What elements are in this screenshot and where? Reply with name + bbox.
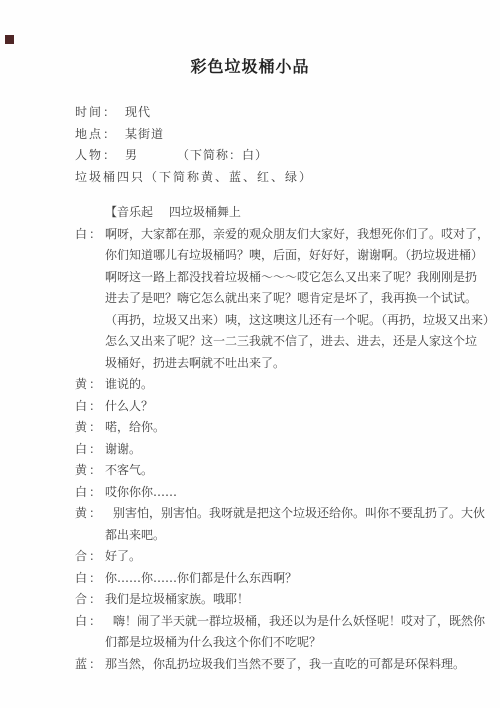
speaker-label: 白： [75, 568, 105, 590]
dialogue-row: 白： 哎你你你…… [75, 482, 460, 504]
speaker-label: 黄： [75, 374, 105, 396]
stage-direction: 【音乐起 四垃圾桶舞上 [105, 202, 460, 224]
speech-text: 谢谢。 [105, 439, 460, 461]
meta-block: 时间：现代 地点：某街道 人物：男（下简称：白） 垃圾桶四只（下简称黄、蓝、红、… [75, 102, 460, 188]
dialogue-line: 嗨！闹了半天就一群垃圾桶，我还以为是什么妖怪呢！哎对了，既然你 [105, 611, 460, 633]
meta-row: 人物：男（下简称：白） [75, 145, 460, 167]
dialogue-row: 合： 我们是垃圾桶家族。哦耶！ [75, 589, 460, 611]
speaker-label: 蓝： [75, 654, 105, 676]
meta-extra: （下简称：白） [177, 148, 268, 162]
dialogue-line: 进去了是吧？嗨它怎么就出来了呢？嗯肯定是坏了，我再换一个试试。 [105, 288, 460, 310]
dialogue-row: 黄： 谁说的。 [75, 374, 460, 396]
speaker-label: 白： [75, 396, 105, 418]
dialogue-line: 怎么又出来了呢？这一二三我就不信了，进去、进去，还是人家这个垃 [105, 331, 460, 353]
speaker-label: 合： [75, 589, 105, 611]
meta-value: 男 [125, 145, 177, 167]
meta-label: 时间： [75, 105, 117, 119]
dialogue-block: 白： 啊呀，大家都在那，亲爱的观众朋友们大家好，我想死你们了。哎对了，你们知道哪… [75, 224, 460, 676]
dialogue-line: 别害怕，别害怕。我呀就是把这个垃圾还给你。叫你不要乱扔了。大伙 [105, 503, 460, 525]
dialogue-row: 蓝： 那当然，你乱扔垃圾我们当然不要了，我一直吃的可都是环保料理。 [75, 654, 460, 676]
dialogue-line: 好了。 [105, 546, 460, 568]
meta-value: 某街道 [125, 124, 177, 146]
dialogue-row: 白： 什么人？ [75, 396, 460, 418]
dialogue-line: 你……你……你们都是什么东西啊？ [105, 568, 460, 590]
dialogue-line: 圾桶好，扔进去啊就不吐出来了。 [105, 353, 460, 375]
dialogue-row: 白： 谢谢。 [75, 439, 460, 461]
meta-row: 垃圾桶四只（下简称黄、蓝、红、绿） [75, 167, 460, 189]
dialogue-line: 啊呀，大家都在那，亲爱的观众朋友们大家好，我想死你们了。哎对了， [105, 224, 460, 246]
speech-text: 我们是垃圾桶家族。哦耶！ [105, 589, 460, 611]
dialogue-row: 合： 好了。 [75, 546, 460, 568]
speaker-label: 白： [75, 611, 105, 633]
speech-text: 喏，给你。 [105, 417, 460, 439]
speech-text: 你……你……你们都是什么东西啊？ [105, 568, 460, 590]
speaker-label: 黄： [75, 417, 105, 439]
speaker-label: 合： [75, 546, 105, 568]
dialogue-line: 谢谢。 [105, 439, 460, 461]
dialogue-row: 黄： 别害怕，别害怕。我呀就是把这个垃圾还给你。叫你不要乱扔了。大伙都出来吧。 [75, 503, 460, 546]
meta-row: 地点：某街道 [75, 124, 460, 146]
dialogue-row: 白： 你……你……你们都是什么东西啊？ [75, 568, 460, 590]
meta-value: 现代 [125, 102, 177, 124]
script-document-page: 彩色垃圾桶小品 时间：现代 地点：某街道 人物：男（下简称：白） 垃圾桶四只（下… [0, 0, 500, 708]
speaker-label: 白： [75, 439, 105, 461]
dialogue-line: 我们是垃圾桶家族。哦耶！ [105, 589, 460, 611]
dialogue-line: 哎你你你…… [105, 482, 460, 504]
meta-label: 人物： [75, 148, 117, 162]
speech-text: 啊呀，大家都在那，亲爱的观众朋友们大家好，我想死你们了。哎对了，你们知道哪儿有垃… [105, 224, 460, 375]
speech-text: 别害怕，别害怕。我呀就是把这个垃圾还给你。叫你不要乱扔了。大伙都出来吧。 [105, 503, 460, 546]
speech-text: 不客气。 [105, 460, 460, 482]
dialogue-line: 谁说的。 [105, 374, 460, 396]
meta-label: 垃圾桶四只（下简称黄、蓝、红、绿） [75, 170, 313, 184]
speech-text: 好了。 [105, 546, 460, 568]
meta-row: 时间：现代 [75, 102, 460, 124]
document-content: 时间：现代 地点：某街道 人物：男（下简称：白） 垃圾桶四只（下简称黄、蓝、红、… [75, 102, 460, 675]
document-title: 彩色垃圾桶小品 [0, 56, 500, 78]
dialogue-row: 黄： 不客气。 [75, 460, 460, 482]
speech-text: 哎你你你…… [105, 482, 460, 504]
dialogue-row: 白： 嗨！闹了半天就一群垃圾桶，我还以为是什么妖怪呢！哎对了，既然你们都是垃圾桶… [75, 611, 460, 654]
speaker-label: 白： [75, 482, 105, 504]
dialogue-line: 不客气。 [105, 460, 460, 482]
speaker-label: 黄： [75, 503, 105, 525]
speech-text: 那当然，你乱扔垃圾我们当然不要了，我一直吃的可都是环保料理。 [105, 654, 460, 676]
corner-mark [5, 35, 14, 44]
dialogue-line: （再扔，垃圾又出来）咦，这这噢这儿还有一个呢。（再扔，垃圾又出来） [105, 310, 460, 332]
speaker-label: 白： [75, 224, 105, 246]
speaker-label: 黄： [75, 460, 105, 482]
dialogue-line: 你们知道哪儿有垃圾桶吗？噢，后面，好好好，谢谢啊。（扔垃圾进桶） [105, 245, 460, 267]
dialogue-row: 白： 啊呀，大家都在那，亲爱的观众朋友们大家好，我想死你们了。哎对了，你们知道哪… [75, 224, 460, 375]
dialogue-line: 喏，给你。 [105, 417, 460, 439]
dialogue-line: 们都是垃圾桶为什么我这个你们不吃呢？ [105, 632, 460, 654]
dialogue-line: 都出来吧。 [105, 525, 460, 547]
dialogue-row: 黄： 喏，给你。 [75, 417, 460, 439]
speech-text: 谁说的。 [105, 374, 460, 396]
dialogue-line: 啊呀这一路上都没找着垃圾桶～～～哎它怎么又出来了呢？我刚刚是扔 [105, 267, 460, 289]
speech-text: 嗨！闹了半天就一群垃圾桶，我还以为是什么妖怪呢！哎对了，既然你们都是垃圾桶为什么… [105, 611, 460, 654]
dialogue-line: 那当然，你乱扔垃圾我们当然不要了，我一直吃的可都是环保料理。 [105, 654, 460, 676]
dialogue-line: 什么人？ [105, 396, 460, 418]
meta-label: 地点： [75, 127, 117, 141]
speech-text: 什么人？ [105, 396, 460, 418]
